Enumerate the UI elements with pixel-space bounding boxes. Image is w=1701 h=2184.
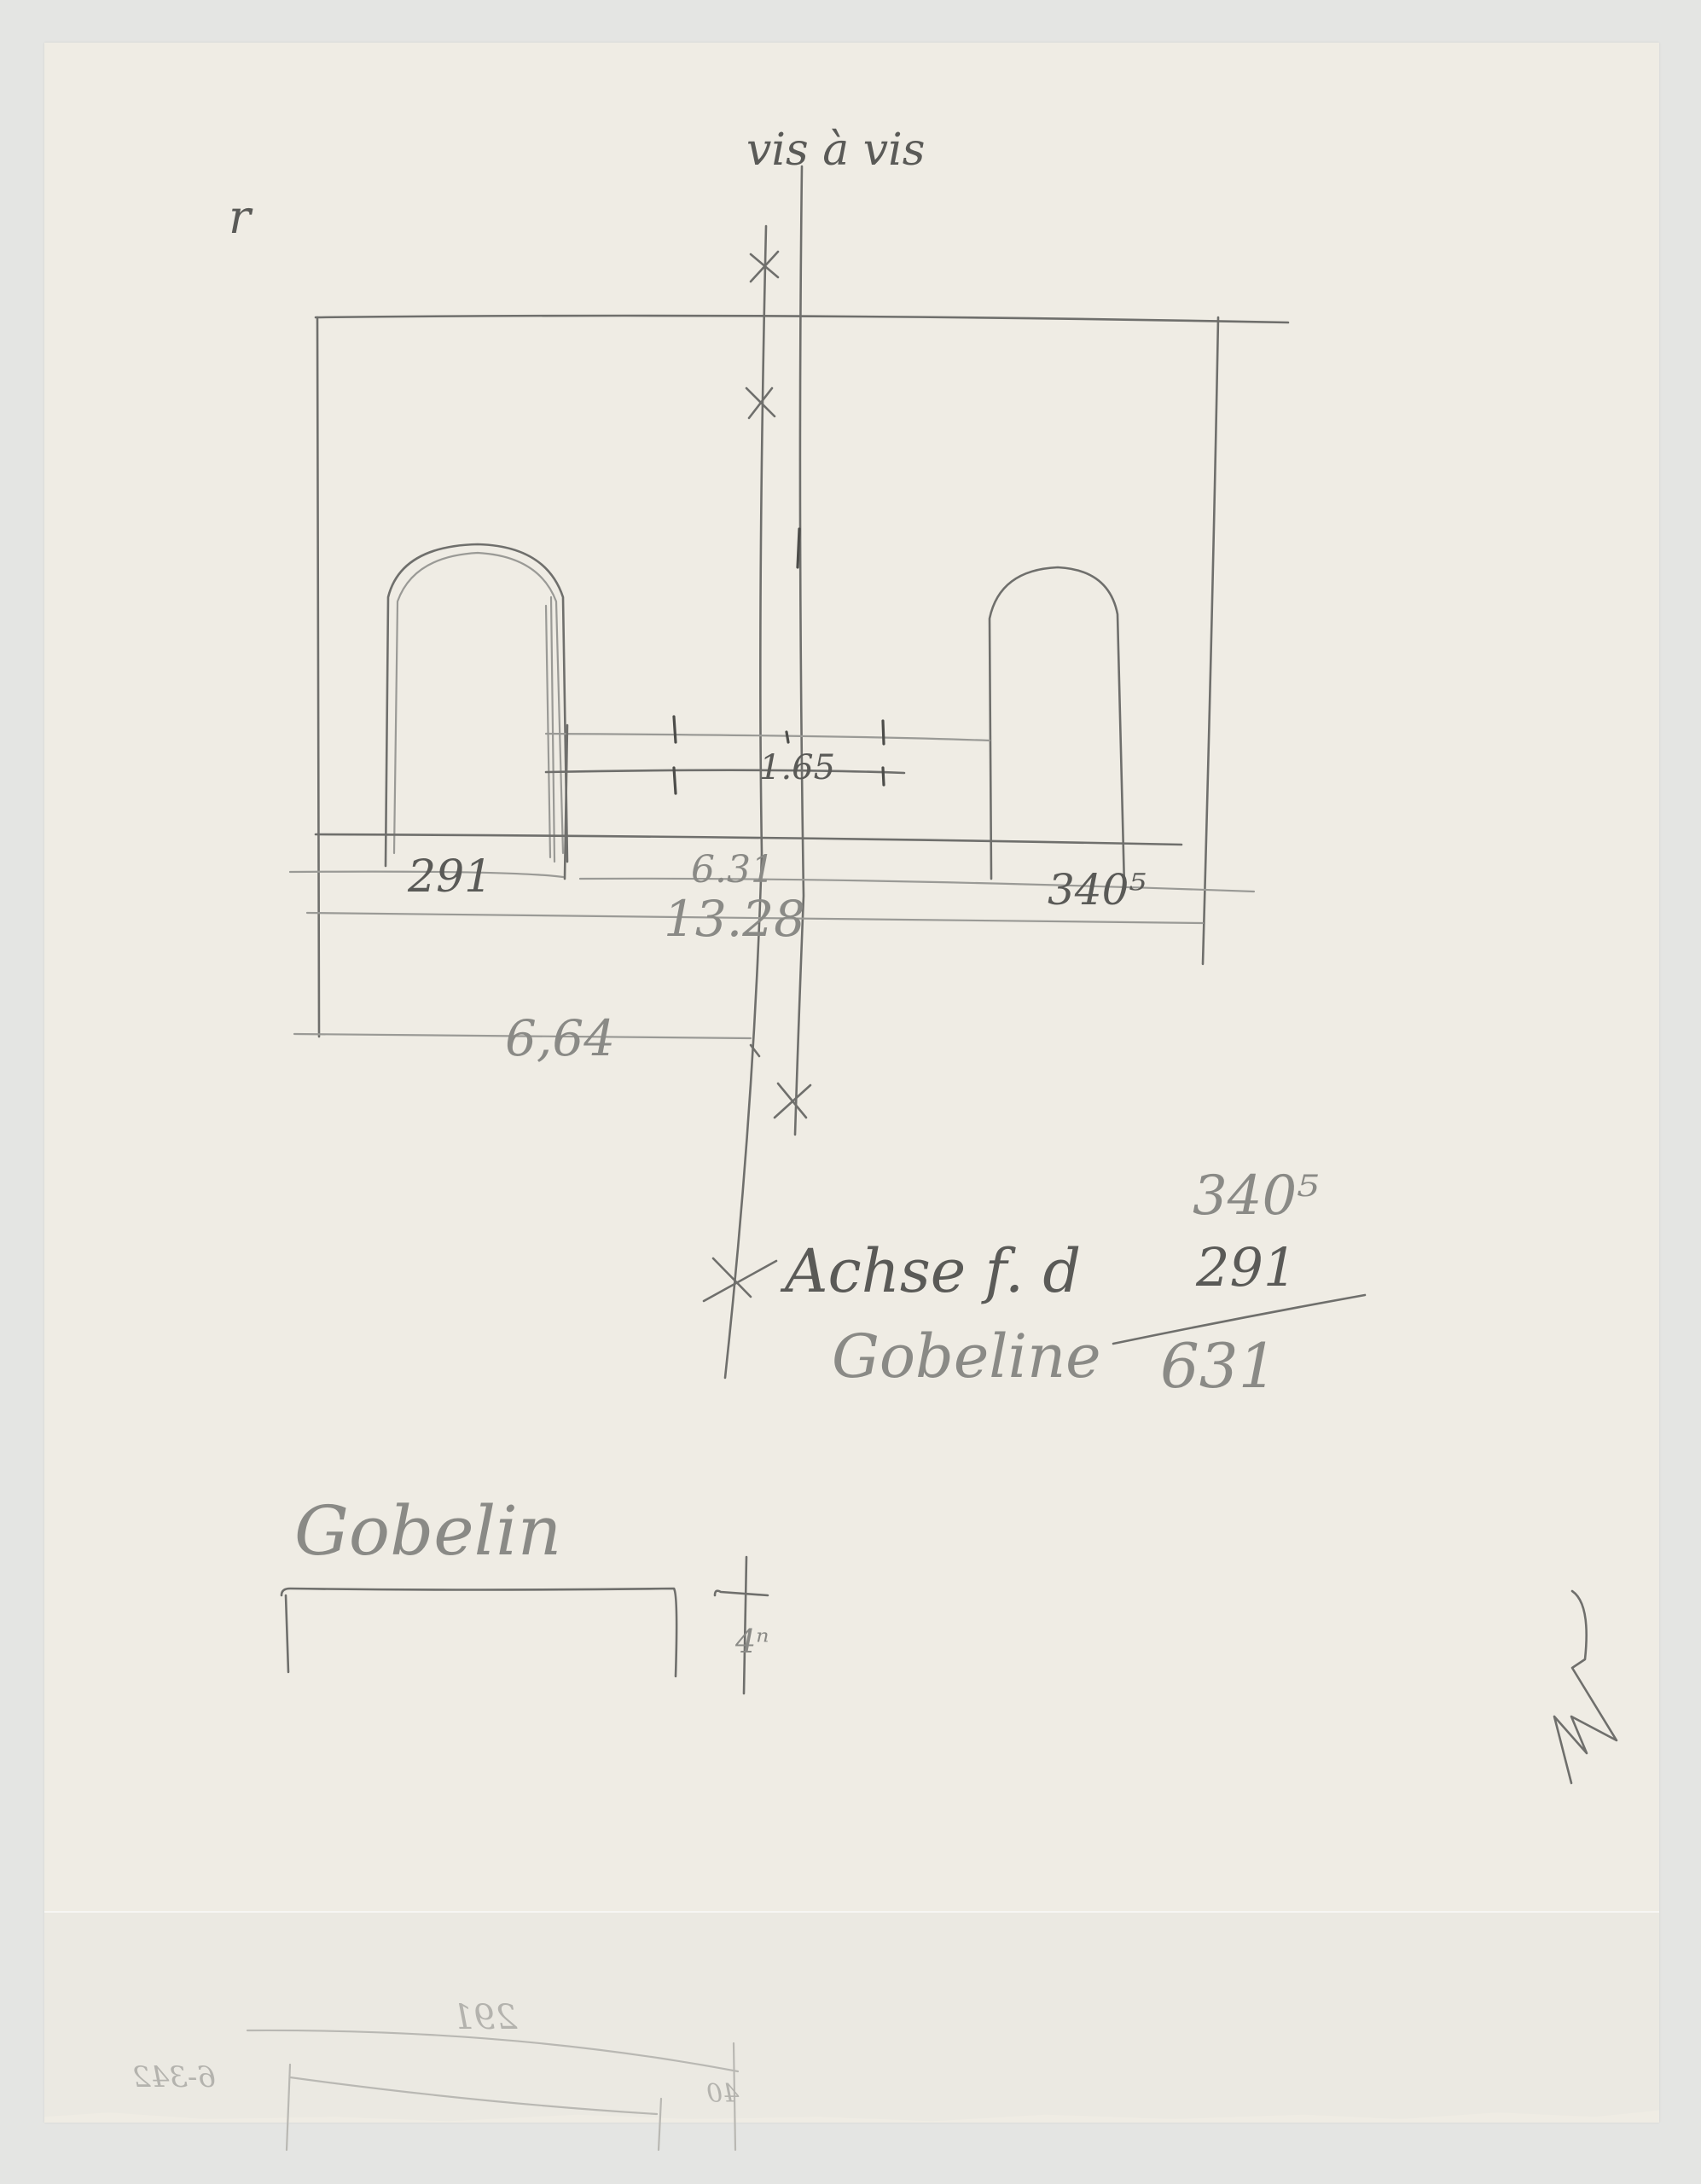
calc-term1: 340⁵ <box>1193 1169 1319 1223</box>
axis-label: vis à vis <box>746 128 925 172</box>
right-arch-door <box>990 567 1124 887</box>
center-width-label: 1.65 <box>759 751 835 785</box>
elevation-sketch <box>0 0 1701 2184</box>
corner-mark: r <box>229 195 251 241</box>
half-span-label: 6,64 <box>505 1014 615 1063</box>
center-span-label: 6.31 <box>691 851 775 889</box>
calc-term2: 291 <box>1196 1241 1297 1294</box>
calc-result: 631 <box>1160 1335 1277 1397</box>
reverse-dimension: 291 <box>452 2001 517 2035</box>
reverse-sketch <box>247 2030 738 2150</box>
total-span-label: 13.28 <box>664 894 805 944</box>
gobelin-height-label: 4ⁿ <box>735 1625 769 1658</box>
reverse-catalog-number: 6-342 <box>132 2063 216 2092</box>
gobelin-outline <box>282 1557 768 1693</box>
reverse-height: 40 <box>706 2082 739 2107</box>
gobelin-title: Gobelin <box>294 1497 561 1565</box>
calc-label-line2: Gobeline <box>832 1327 1101 1386</box>
right-span-label: 340⁵ <box>1048 868 1146 911</box>
left-span-label: 291 <box>408 855 492 899</box>
left-arch-door <box>386 544 567 866</box>
signature-stroke <box>1554 1591 1617 1783</box>
calc-label-line1: Achse f. d <box>785 1241 1081 1301</box>
